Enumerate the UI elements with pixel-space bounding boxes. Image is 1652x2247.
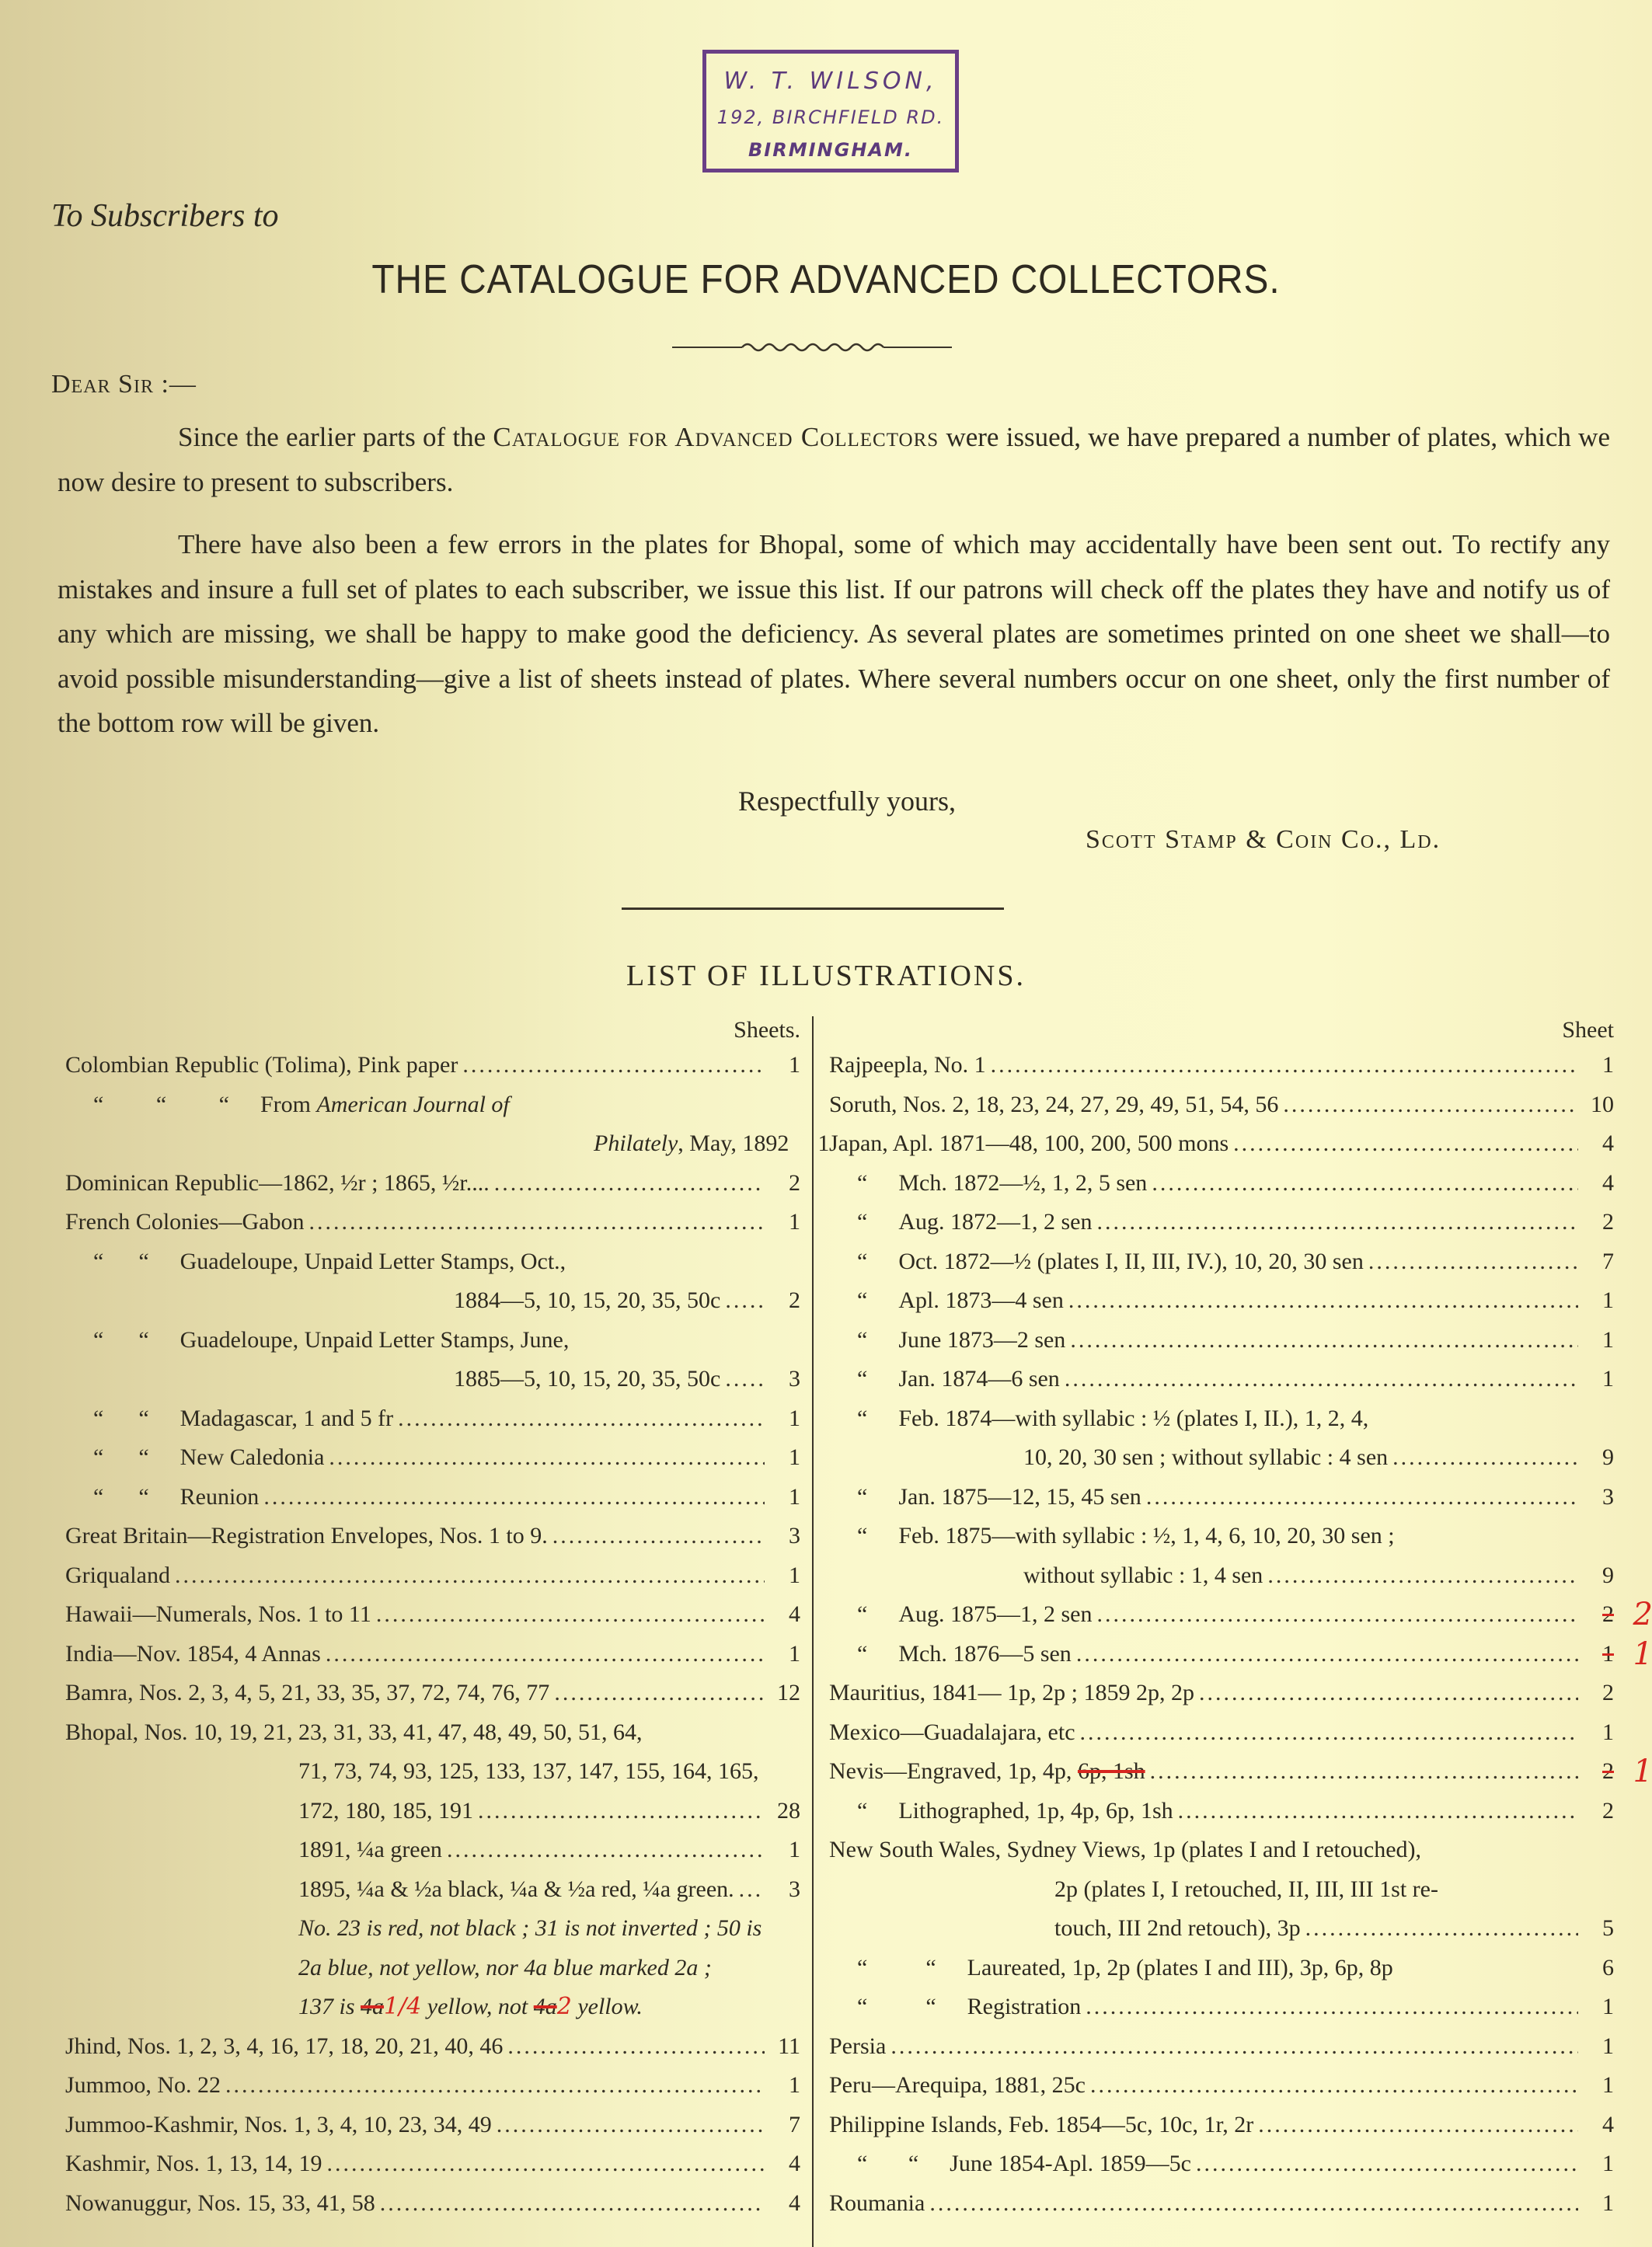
sheet-count: 2 [769, 1164, 800, 1204]
entry-text: Nevis—Engraved, 1p, 4p, [829, 1758, 1078, 1784]
list-item: 2a blue, not yellow, nor 4a blue marked … [65, 1949, 800, 1988]
sheet-count: 3 [769, 1517, 800, 1556]
dot-leader [1090, 2066, 1578, 2106]
entry-text: Griqualand [65, 1562, 170, 1588]
sheet-count: 1 [769, 1478, 800, 1517]
list-item: without syllabic : 1, 4 sen9 [829, 1556, 1614, 1596]
sheet-count: 1 [1583, 1987, 1614, 2027]
dot-leader [739, 1870, 765, 1910]
list-item-text: Roumania [829, 2184, 925, 2224]
italic-text: American Journal of [316, 1092, 509, 1117]
list-item-text: 71, 73, 74, 93, 125, 133, 137, 147, 155,… [65, 1752, 759, 1792]
sheet-count: 4 [769, 2144, 800, 2184]
entry-text: Mauritius, 1841— 1p, 2p ; 1859 2p, 2p [829, 1680, 1194, 1705]
dot-leader [1283, 1085, 1578, 1125]
list-item: “Feb. 1874—with syllabic : ½ (plates I, … [829, 1399, 1614, 1439]
list-item-text: “ “Reunion [65, 1478, 259, 1517]
stamp-address: 192, BIRCHFIELD RD. [706, 106, 955, 128]
entry-text: Madagascar, 1 and 5 fr [180, 1406, 394, 1431]
list-item: Persia1 [829, 2027, 1614, 2067]
sheet-count: 5 [1583, 1909, 1614, 1949]
list-item-text: New South Wales, Sydney Views, 1p (plate… [829, 1831, 1421, 1870]
list-item-text: 1895, ¼a & ½a black, ¼a & ½a red, ¼a gre… [65, 1870, 734, 1910]
dot-leader [1392, 1438, 1578, 1478]
list-item-text: without syllabic : 1, 4 sen [829, 1556, 1263, 1596]
sheet-count: 1 [1583, 2027, 1614, 2067]
list-item: Hawaii—Numerals, Nos. 1 to 114 [65, 1595, 800, 1635]
list-item-text: Dominican Republic—1862, ½r ; 1865, ½r..… [65, 1164, 490, 1204]
entry-text: Mexico—Guadalajara, etc [829, 1719, 1075, 1745]
sheet-count: 1 [798, 1124, 829, 1164]
list-title: LIST OF ILLUSTRATIONS. [0, 959, 1652, 993]
list-item-text: 2a blue, not yellow, nor 4a blue marked … [65, 1949, 712, 1988]
ditto-marks: “ “ [857, 1949, 936, 1988]
dot-leader [1305, 1909, 1578, 1949]
entry-text: Reunion [180, 1484, 260, 1510]
dot-leader [554, 1674, 765, 1713]
sheet-count: 4 [769, 1595, 800, 1635]
entry-text: Hawaii—Numerals, Nos. 1 to 11 [65, 1601, 371, 1627]
list-item: Nowanuggur, Nos. 15, 33, 41, 584 [65, 2184, 800, 2224]
entry-text: Guadeloupe, Unpaid Letter Stamps, June, [180, 1327, 570, 1353]
sheet-count: 1 [769, 1399, 800, 1439]
list-item-text: “Jan. 1875—12, 15, 45 sen [829, 1478, 1141, 1517]
list-item: Kashmir, Nos. 1, 13, 14, 194 [65, 2144, 800, 2184]
sheet-count: 10 [1583, 1085, 1614, 1125]
entry-text: Roumania [829, 2190, 925, 2216]
sheet-count: 7 [769, 2106, 800, 2145]
sheet-count: 3 [769, 1870, 800, 1910]
entry-text: Peru—Arequipa, 1881, 25c [829, 2072, 1086, 2098]
list-item: “Feb. 1875—with syllabic : ½, 1, 4, 6, 1… [829, 1517, 1614, 1556]
dot-leader [1096, 1203, 1578, 1242]
list-item: “Lithographed, 1p, 4p, 6p, 1sh2 [829, 1792, 1614, 1831]
sheet-count: 6 [1583, 1949, 1614, 1988]
dot-leader [1065, 1360, 1578, 1399]
list-item-text: “Aug. 1872—1, 2 sen [829, 1203, 1092, 1242]
entry-text: Rajpeepla, No. 1 [829, 1052, 986, 1078]
list-item-text: Jummoo, No. 22 [65, 2066, 221, 2106]
list-item-text: “Apl. 1873—4 sen [829, 1281, 1064, 1321]
list-item: Jhind, Nos. 1, 2, 3, 4, 16, 17, 18, 20, … [65, 2027, 800, 2067]
list-item: “June 1873—2 sen1 [829, 1321, 1614, 1360]
sheet-count: 1 [769, 1831, 800, 1870]
entry-text: Mch. 1876—5 sen [898, 1641, 1071, 1667]
entry-text: Guadeloupe, Unpaid Letter Stamps, Oct., [180, 1249, 566, 1274]
entry-text: Japan, Apl. 1871—48, 100, 200, 500 mons [829, 1130, 1229, 1156]
italic-text: Philately [594, 1130, 678, 1156]
list-item-text: “ “June 1854-Apl. 1859—5c [829, 2144, 1191, 2184]
ditto-marks: “ “ [93, 1478, 149, 1517]
list-item: “ “Reunion1 [65, 1478, 800, 1517]
list-item-text: Colombian Republic (Tolima), Pink paper [65, 1046, 458, 1085]
ditto-marks: “ [857, 1203, 867, 1242]
sheet-count: 1 [1583, 1635, 1614, 1674]
ditto-marks: “ “ [93, 1321, 149, 1360]
entry-text: Registration [967, 1994, 1082, 2019]
entry-text: , May, 1892 [678, 1130, 789, 1156]
entry-text: India—Nov. 1854, 4 Annas [65, 1641, 321, 1667]
list-item-text: 1885—5, 10, 15, 20, 35, 50c [65, 1360, 720, 1399]
entry-text: 71, 73, 74, 93, 125, 133, 137, 147, 155,… [298, 1758, 759, 1784]
ditto-marks: “ [857, 1321, 867, 1360]
erratum-note: 2a blue, not yellow, nor 4a blue marked … [298, 1955, 712, 1980]
erratum-note: yellow, not [421, 1994, 533, 2019]
list-item: Colombian Republic (Tolima), Pink paper1 [65, 1046, 800, 1085]
sheet-count: 1 [769, 1203, 800, 1242]
entry-text: Jan. 1874—6 sen [898, 1366, 1059, 1392]
sheet-count: 1 [1583, 2184, 1614, 2224]
sheet-count: 2 [769, 1281, 800, 1321]
list-item: Nevis—Engraved, 1p, 4p, 6p, 1sh21 [829, 1752, 1614, 1792]
ditto-marks: “ [857, 1399, 867, 1439]
list-item: “Jan. 1875—12, 15, 45 sen3 [829, 1478, 1614, 1517]
handwritten-correction: 2 [557, 1993, 572, 2020]
list-item-text: 10, 20, 30 sen ; without syllabic : 4 se… [829, 1438, 1388, 1478]
sheet-count: 1 [769, 2066, 800, 2106]
ditto-marks: “ [857, 1635, 867, 1674]
list-item: “Mch. 1872—½, 1, 2, 5 sen4 [829, 1164, 1614, 1204]
sheet-count: 2 [1583, 1792, 1614, 1831]
entry-text: French Colonies—Gabon [65, 1209, 304, 1235]
stamp-city: BIRMINGHAM. [706, 139, 955, 161]
list-item-text: Japan, Apl. 1871—48, 100, 200, 500 mons [829, 1124, 1229, 1164]
list-item: Philippine Islands, Feb. 1854—5c, 10c, 1… [829, 2106, 1614, 2145]
entry-text: Lithographed, 1p, 4p, 6p, 1sh [898, 1798, 1173, 1824]
dot-leader [447, 1831, 765, 1870]
list-item: “ “Registration1 [829, 1987, 1614, 2027]
sheet-count: 7 [1583, 1242, 1614, 1282]
erratum-note: yellow. [572, 1994, 643, 2019]
list-item: No. 23 is red, not black ; 31 is not inv… [65, 1909, 800, 1949]
sheet-column-header: Sheet [829, 1015, 1614, 1046]
list-item-text: Soruth, Nos. 2, 18, 23, 24, 27, 29, 49, … [829, 1085, 1278, 1125]
sheet-count: 2 [1583, 1595, 1614, 1635]
list-item-text: 2p (plates I, I retouched, II, III, III … [829, 1870, 1438, 1910]
sheet-count: 1 [769, 1635, 800, 1674]
dot-leader [1086, 1987, 1578, 2027]
sheet-count: 12 [769, 1674, 800, 1713]
list-item: “ “June 1854-Apl. 1859—5c1 [829, 2144, 1614, 2184]
sheet-count: 1 [769, 1556, 800, 1596]
sheet-count: 1 [1583, 1281, 1614, 1321]
sheet-count: 1 [1583, 2144, 1614, 2184]
list-item-text: Rajpeepla, No. 1 [829, 1046, 986, 1085]
list-item: “ “Guadeloupe, Unpaid Letter Stamps, Jun… [65, 1321, 800, 1360]
entry-text: Nowanuggur, Nos. 15, 33, 41, 58 [65, 2190, 375, 2216]
dot-leader [1150, 1752, 1578, 1792]
list-item-text: Bhopal, Nos. 10, 19, 21, 23, 31, 33, 41,… [65, 1713, 643, 1753]
list-item-text: “ “Laureated, 1p, 2p (plates I and III),… [829, 1949, 1393, 1988]
sheet-count: 1 [769, 1438, 800, 1478]
list-item: Soruth, Nos. 2, 18, 23, 24, 27, 29, 49, … [829, 1085, 1614, 1125]
ditto-marks: “ [857, 1478, 867, 1517]
entry-text: Aug. 1875—1, 2 sen [898, 1601, 1092, 1627]
list-item-text: Nowanuggur, Nos. 15, 33, 41, 58 [65, 2184, 375, 2224]
list-item-text: “ “Madagascar, 1 and 5 fr [65, 1399, 393, 1439]
entry-text: Oct. 1872—½ (plates I, II, III, IV.), 10… [898, 1249, 1364, 1274]
dot-leader [494, 1164, 765, 1204]
list-item: 172, 180, 185, 19128 [65, 1792, 800, 1831]
entry-text: touch, III 2nd retouch), 3p [1054, 1915, 1301, 1941]
list-item: “ “Madagascar, 1 and 5 fr1 [65, 1399, 800, 1439]
list-item-text: French Colonies—Gabon [65, 1203, 304, 1242]
entry-text: Persia [829, 2033, 886, 2059]
wave-ornament-divider [672, 336, 952, 359]
dot-leader [1233, 1124, 1578, 1164]
list-item-text: “Lithographed, 1p, 4p, 6p, 1sh [829, 1792, 1173, 1831]
entry-text: Great Britain—Registration Envelopes, No… [65, 1523, 548, 1549]
handwritten-correction: 1 [1633, 1752, 1652, 1792]
dot-leader [225, 2066, 765, 2106]
sheet-count: 1 [1583, 2066, 1614, 2106]
entry-text: Feb. 1875—with syllabic : ½, 1, 4, 6, 10… [898, 1523, 1394, 1549]
list-item-text: Hawaii—Numerals, Nos. 1 to 11 [65, 1595, 371, 1635]
list-item: “Mch. 1876—5 sen11 [829, 1635, 1614, 1674]
list-item-text: “Mch. 1872—½, 1, 2, 5 sen [829, 1164, 1147, 1204]
list-item: Japan, Apl. 1871—48, 100, 200, 500 mons4 [829, 1124, 1614, 1164]
entry-text: June 1873—2 sen [898, 1327, 1065, 1353]
dot-leader [1096, 1595, 1578, 1635]
list-item: Peru—Arequipa, 1881, 25c1 [829, 2066, 1614, 2106]
list-item: 71, 73, 74, 93, 125, 133, 137, 147, 155,… [65, 1752, 800, 1792]
dot-leader [929, 2184, 1578, 2224]
sheet-count: 9 [1583, 1438, 1614, 1478]
list-item: Roumania1 [829, 2184, 1614, 2224]
sheet-count: 2 [1583, 1752, 1614, 1792]
entry-text: 172, 180, 185, 191 [298, 1798, 473, 1824]
list-item: 137 is 4a1/4 yellow, not 4a2 yellow. [65, 1987, 800, 2027]
sheet-count: 3 [769, 1360, 800, 1399]
letter-closing: Respectfully yours, [738, 785, 956, 817]
page-title: THE CATALOGUE FOR ADVANCED COLLECTORS. [66, 256, 1586, 303]
sheet-count: 3 [1583, 1478, 1614, 1517]
list-item: “ “Guadeloupe, Unpaid Letter Stamps, Oct… [65, 1242, 800, 1282]
ditto-marks: “ [857, 1792, 867, 1831]
list-item-text: “Aug. 1875—1, 2 sen [829, 1595, 1092, 1635]
list-item: 1884—5, 10, 15, 20, 35, 50c2 [65, 1281, 800, 1321]
dot-leader [308, 1203, 765, 1242]
sheet-count: 1 [1583, 1713, 1614, 1753]
list-item: “ “ “From American Journal of [65, 1085, 800, 1125]
list-item-text: Mexico—Guadalajara, etc [829, 1713, 1075, 1753]
list-item-text: “ “Registration [829, 1987, 1081, 2027]
ditto-marks: “ [857, 1595, 867, 1635]
column-divider [812, 1016, 814, 2247]
dot-leader [326, 2144, 765, 2184]
erratum-note: 137 is [298, 1994, 361, 2019]
list-item-text: “Jan. 1874—6 sen [829, 1360, 1060, 1399]
entry-text: From [260, 1092, 317, 1117]
list-item: “Jan. 1874—6 sen1 [829, 1360, 1614, 1399]
dot-leader [1196, 2144, 1578, 2184]
dot-leader [725, 1360, 765, 1399]
list-item: French Colonies—Gabon1 [65, 1203, 800, 1242]
list-item-text: India—Nov. 1854, 4 Annas [65, 1635, 321, 1674]
ditto-marks: “ [857, 1242, 867, 1282]
list-item-text: “June 1873—2 sen [829, 1321, 1065, 1360]
list-item: 1885—5, 10, 15, 20, 35, 50c3 [65, 1360, 800, 1399]
dot-leader [1178, 1792, 1578, 1831]
ditto-marks: “ [857, 1281, 867, 1321]
entry-text: Colombian Republic (Tolima), Pink paper [65, 1052, 458, 1078]
list-item-text: 137 is 4a1/4 yellow, not 4a2 yellow. [65, 1987, 643, 2027]
entry-text: Apl. 1873—4 sen [898, 1287, 1064, 1313]
entry-text: Dominican Republic—1862, ½r ; 1865, ½r..… [65, 1170, 490, 1196]
erratum-note: No. 23 is red, not black ; 31 is not inv… [298, 1915, 762, 1941]
list-item-text: Bamra, Nos. 2, 3, 4, 5, 21, 33, 35, 37, … [65, 1674, 549, 1713]
entry-text: Bamra, Nos. 2, 3, 4, 5, 21, 33, 35, 37, … [65, 1680, 549, 1705]
handwritten-correction: 1/4 [384, 1993, 421, 2020]
dot-leader [507, 2027, 765, 2067]
sheet-count: 4 [1583, 2106, 1614, 2145]
list-item: Philately, May, 18921 [65, 1124, 800, 1164]
list-item: “Aug. 1872—1, 2 sen2 [829, 1203, 1614, 1242]
dot-leader [1076, 1635, 1578, 1674]
entry-text: 1891, ¼a green [298, 1837, 442, 1862]
ditto-marks: “ [857, 1517, 867, 1556]
struck-text: 4a [534, 1994, 557, 2019]
entry-text: Philippine Islands, Feb. 1854—5c, 10c, 1… [829, 2112, 1253, 2137]
list-item: India—Nov. 1854, 4 Annas1 [65, 1635, 800, 1674]
list-item: Dominican Republic—1862, ½r ; 1865, ½r..… [65, 1164, 800, 1204]
list-item: Bhopal, Nos. 10, 19, 21, 23, 31, 33, 41,… [65, 1713, 800, 1753]
ditto-marks: “ [857, 1360, 867, 1399]
list-item: 2p (plates I, I retouched, II, III, III … [829, 1870, 1614, 1910]
list-item: 1895, ¼a & ½a black, ¼a & ½a red, ¼a gre… [65, 1870, 800, 1910]
illustrations-list-left: Sheets. Colombian Republic (Tolima), Pin… [65, 1015, 800, 2223]
dot-leader [175, 1556, 765, 1596]
list-item: Mexico—Guadalajara, etc1 [829, 1713, 1614, 1753]
sheet-count: 28 [769, 1792, 800, 1831]
dot-leader [376, 1595, 765, 1635]
list-item: “ “Laureated, 1p, 2p (plates I and III),… [829, 1949, 1614, 1988]
list-item-text: “Feb. 1874—with syllabic : ½ (plates I, … [829, 1399, 1368, 1439]
illustrations-list-right: Sheet Rajpeepla, No. 11Soruth, Nos. 2, 1… [829, 1015, 1614, 2223]
entry-text: without syllabic : 1, 4 sen [1023, 1562, 1263, 1588]
list-item-text: No. 23 is red, not black ; 31 is not inv… [65, 1909, 762, 1949]
stamp-name: W. T. WILSON, [706, 68, 955, 95]
list-item: touch, III 2nd retouch), 3p5 [829, 1909, 1614, 1949]
letter-paragraph-2: There have also been a few errors in the… [58, 522, 1610, 746]
list-item: “Apl. 1873—4 sen1 [829, 1281, 1614, 1321]
sheet-count: 1 [769, 1046, 800, 1085]
entry-text: New South Wales, Sydney Views, 1p (plate… [829, 1837, 1421, 1862]
dot-leader [1068, 1281, 1578, 1321]
salutation: Dear Sir :— [51, 370, 197, 399]
entry-text: Mch. 1872—½, 1, 2, 5 sen [898, 1170, 1147, 1196]
list-item: Bamra, Nos. 2, 3, 4, 5, 21, 33, 35, 37, … [65, 1674, 800, 1713]
list-item: Great Britain—Registration Envelopes, No… [65, 1517, 800, 1556]
list-item: 10, 20, 30 sen ; without syllabic : 4 se… [829, 1438, 1614, 1478]
list-item-text: touch, III 2nd retouch), 3p [829, 1909, 1301, 1949]
list-item-text: Mauritius, 1841— 1p, 2p ; 1859 2p, 2p [829, 1674, 1194, 1713]
dot-leader [1267, 1556, 1578, 1596]
to-subscribers-heading: To Subscribers to [51, 197, 279, 235]
list-item: Rajpeepla, No. 11 [829, 1046, 1614, 1085]
dot-leader [1258, 2106, 1578, 2145]
list-item-text: Jhind, Nos. 1, 2, 3, 4, 16, 17, 18, 20, … [65, 2027, 503, 2067]
list-item-text: 1884—5, 10, 15, 20, 35, 50c [65, 1281, 720, 1321]
sheet-count: 4 [769, 2184, 800, 2224]
sheet-count: 1 [1583, 1321, 1614, 1360]
sheet-count: 4 [1583, 1164, 1614, 1204]
dot-leader [1368, 1242, 1578, 1282]
list-item-text: 1891, ¼a green [65, 1831, 442, 1870]
list-item: Griqualand1 [65, 1556, 800, 1596]
list-item-text: Persia [829, 2027, 886, 2067]
list-item: New South Wales, Sydney Views, 1p (plate… [829, 1831, 1614, 1870]
dot-leader [478, 1792, 765, 1831]
entry-text: Jummoo-Kashmir, Nos. 1, 3, 4, 10, 23, 34… [65, 2112, 492, 2137]
handwritten-correction: 2 [1633, 1595, 1652, 1635]
list-item-text: Kashmir, Nos. 1, 13, 14, 19 [65, 2144, 322, 2184]
dot-leader [1152, 1164, 1578, 1204]
entry-text: New Caledonia [180, 1444, 325, 1470]
dot-leader [552, 1517, 765, 1556]
sheet-count: 4 [1583, 1124, 1614, 1164]
sheets-column-header: Sheets. [65, 1015, 800, 1046]
list-item-text: Peru—Arequipa, 1881, 25c [829, 2066, 1086, 2106]
section-rule [622, 908, 1004, 910]
catalogue-name: Catalogue for Advanced Collectors [493, 422, 939, 452]
list-item-text: “Mch. 1876—5 sen [829, 1635, 1072, 1674]
list-item-text: Great Britain—Registration Envelopes, No… [65, 1517, 548, 1556]
list-item: 1891, ¼a green1 [65, 1831, 800, 1870]
ditto-marks: “ “ [93, 1438, 149, 1478]
list-item-text: Jummoo-Kashmir, Nos. 1, 3, 4, 10, 23, 34… [65, 2106, 492, 2145]
letter-signature: Scott Stamp & Coin Co., Ld. [1086, 825, 1441, 855]
list-item: Mauritius, 1841— 1p, 2p ; 1859 2p, 2p2 [829, 1674, 1614, 1713]
dot-leader [1070, 1321, 1578, 1360]
struck-text: 4a [361, 1994, 384, 2019]
list-item: Jummoo-Kashmir, Nos. 1, 3, 4, 10, 23, 34… [65, 2106, 800, 2145]
dot-leader [991, 1046, 1578, 1085]
entry-text: 1885—5, 10, 15, 20, 35, 50c [454, 1366, 720, 1392]
entry-text: Jan. 1875—12, 15, 45 sen [898, 1484, 1141, 1510]
entry-text: 1895, ¼a & ½a black, ¼a & ½a red, ¼a gre… [298, 1876, 734, 1902]
struck-text: 6p, 1sh [1078, 1758, 1145, 1784]
list-item-text: Philately, May, 1892 [65, 1124, 789, 1164]
dot-leader [890, 2027, 1578, 2067]
dot-leader [462, 1046, 765, 1085]
dot-leader [329, 1438, 765, 1478]
owner-stamp: W. T. WILSON, 192, BIRCHFIELD RD. BIRMIN… [702, 50, 959, 172]
dot-leader [497, 2106, 765, 2145]
sheet-count: 1 [1583, 1046, 1614, 1085]
entry-text: 1884—5, 10, 15, 20, 35, 50c [454, 1287, 720, 1313]
ditto-marks: “ “ [857, 2144, 918, 2184]
ditto-marks: “ [857, 1164, 867, 1204]
list-item-text: “Oct. 1872—½ (plates I, II, III, IV.), 1… [829, 1242, 1364, 1282]
entry-text: Kashmir, Nos. 1, 13, 14, 19 [65, 2151, 322, 2176]
list-item: “ “New Caledonia1 [65, 1438, 800, 1478]
sheet-count: 2 [1583, 1674, 1614, 1713]
list-item-text: 172, 180, 185, 191 [65, 1792, 473, 1831]
ditto-marks: “ “ [93, 1242, 149, 1282]
ditto-marks: “ “ [93, 1399, 149, 1439]
dot-leader [725, 1281, 765, 1321]
dot-leader [263, 1478, 765, 1517]
list-item-text: Griqualand [65, 1556, 170, 1596]
dot-leader [1199, 1674, 1578, 1713]
entry-text: June 1854-Apl. 1859—5c [950, 2151, 1191, 2176]
list-item-text: “ “ “From American Journal of [65, 1085, 510, 1125]
entry-text: Feb. 1874—with syllabic : ½ (plates I, I… [898, 1406, 1368, 1431]
list-item-text: “ “Guadeloupe, Unpaid Letter Stamps, Jun… [65, 1321, 569, 1360]
list-item: “Aug. 1875—1, 2 sen22 [829, 1595, 1614, 1635]
list-item-text: Nevis—Engraved, 1p, 4p, 6p, 1sh [829, 1752, 1145, 1792]
